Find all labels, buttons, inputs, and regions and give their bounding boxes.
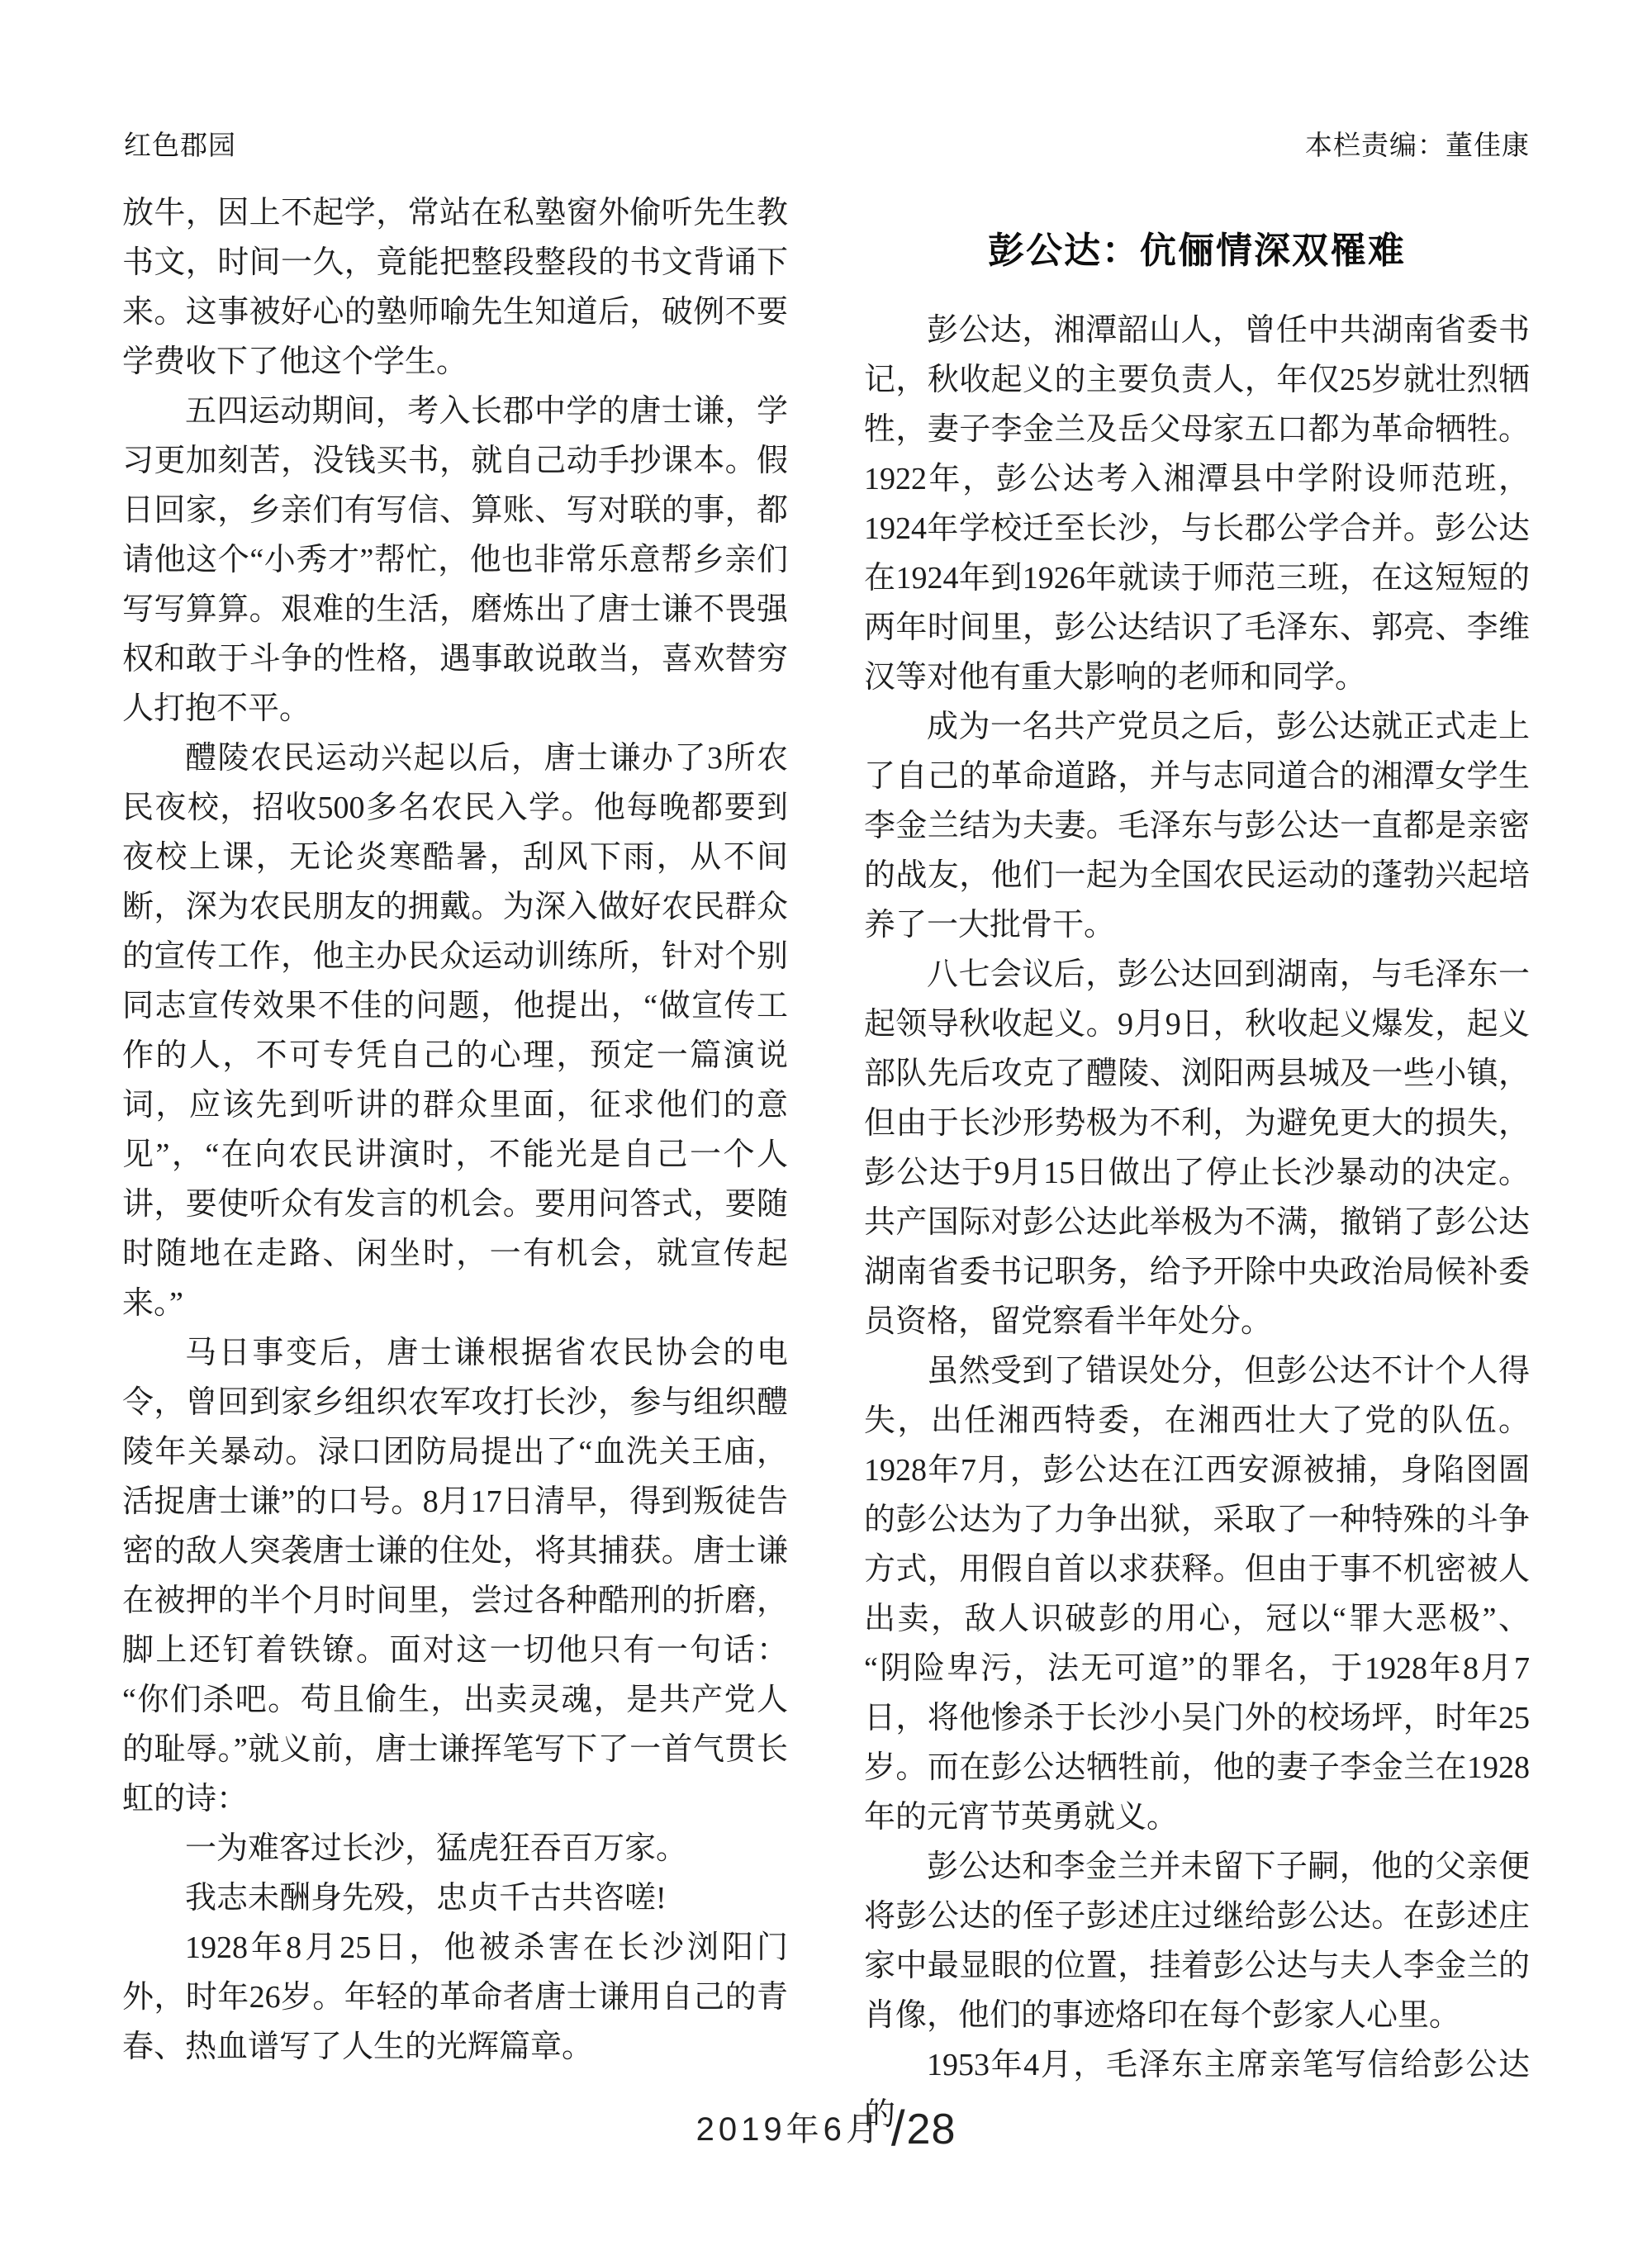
issue-date: 2019年6月 <box>696 2111 883 2148</box>
poem-line: 我志未酬身先殁，忠贞千古共咨嗟! <box>122 1873 788 1923</box>
page-header: 红色郡园 本栏责编：董佳康 <box>124 124 1530 163</box>
paragraph: 1928年8月25日，他被杀害在长沙浏阳门外，时年26岁。年轻的革命者唐士谦用自… <box>122 1923 788 2072</box>
paragraph: 马日事变后，唐士谦根据省农民协会的电令，曾回到家乡组织农军攻打长沙，参与组织醴陵… <box>122 1328 788 1824</box>
page-number: 28 <box>907 2106 957 2153</box>
left-column: 放牛，因上不起学，常站在私塾窗外偷听先生教书文，时间一久，竟能把整段整段的书文背… <box>122 188 788 2139</box>
paragraph: 放牛，因上不起学，常站在私塾窗外偷听先生教书文，时间一久，竟能把整段整段的书文背… <box>122 188 788 387</box>
paragraph: 虽然受到了错误处分，但彭公达不计个人得失，出任湘西特委，在湘西壮大了党的队伍。1… <box>864 1346 1530 1842</box>
paragraph: 五四运动期间，考入长郡中学的唐士谦，学习更加刻苦，没钱买书，就自己动手抄课本。假… <box>122 387 788 734</box>
paragraph: 八七会议后，彭公达回到湖南，与毛泽东一起领导秋收起义。9月9日，秋收起义爆发，起… <box>864 950 1530 1346</box>
two-column-body: 放牛，因上不起学，常站在私塾窗外偷听先生教书文，时间一久，竟能把整段整段的书文背… <box>122 188 1530 2139</box>
editor-credit: 本栏责编：董佳康 <box>1305 124 1530 163</box>
paragraph: 成为一名共产党员之后，彭公达就正式走上了自己的革命道路，并与志同道合的湘潭女学生… <box>864 702 1530 950</box>
right-column: 彭公达：伉俪情深双罹难 彭公达，湘潭韶山人，曾任中共湖南省委书记，秋收起义的主要… <box>864 188 1530 2139</box>
section-label: 红色郡园 <box>124 124 236 163</box>
paragraph: 彭公达和李金兰并未留下子嗣，他的父亲便将彭公达的侄子彭述庄过继给彭公达。在彭述庄… <box>864 1842 1530 2040</box>
slash-separator: / <box>891 2100 905 2157</box>
paragraph: 彭公达，湘潭韶山人，曾任中共湖南省委书记，秋收起义的主要负责人，年仅25岁就壮烈… <box>864 306 1530 702</box>
poem-line: 一为难客过长沙，猛虎狂吞百万家。 <box>122 1824 788 1873</box>
article-title: 彭公达：伉俪情深双罹难 <box>864 188 1530 273</box>
page-footer: 2019年6月/28 <box>0 2100 1652 2157</box>
magazine-page: 红色郡园 本栏责编：董佳康 放牛，因上不起学，常站在私塾窗外偷听先生教书文，时间… <box>0 0 1652 2241</box>
paragraph: 醴陵农民运动兴起以后，唐士谦办了3所农民夜校，招收500多名农民入学。他每晚都要… <box>122 734 788 1328</box>
